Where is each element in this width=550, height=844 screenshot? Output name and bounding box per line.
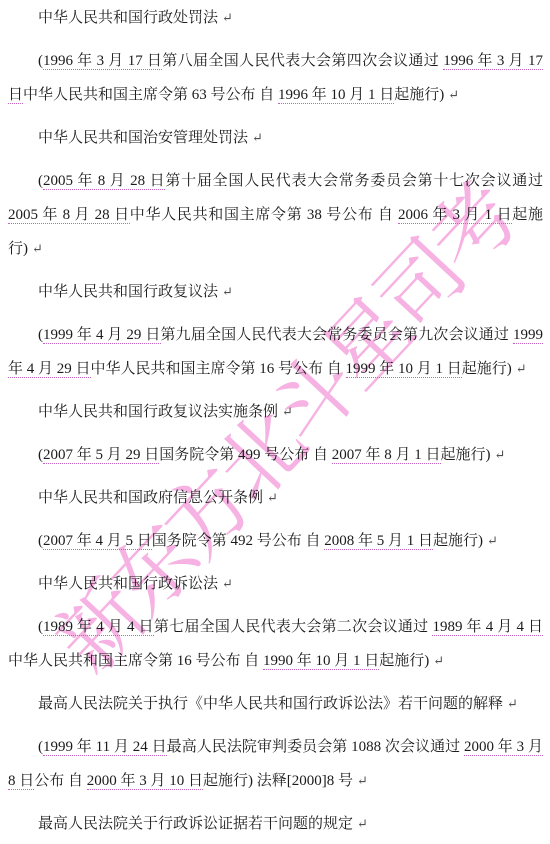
info-text: 第七届全国人民代表大会第二次会议通过	[154, 619, 433, 635]
paragraph-mark-icon: ↵	[222, 10, 233, 25]
info-text: 起施行)	[462, 361, 512, 377]
paragraph-mark-icon: ↵	[507, 696, 518, 711]
law-title-paragraph: 最高人民法院关于执行《中华人民共和国行政诉讼法》若干问题的解释↵	[8, 687, 543, 721]
law-info-paragraph: (2007 年 5 月 29 日国务院令第 499 号公布 自 2007 年 8…	[8, 438, 543, 472]
law-title-paragraph: 最高人民法院关于行政诉讼证据若干问题的规定↵	[8, 807, 543, 841]
date-underlined-text: 1996 年 10 月 1 日	[278, 87, 394, 104]
date-underlined-text: 2006 年 3 月 1 日	[398, 207, 512, 224]
law-title-paragraph: 中华人民共和国行政复议法↵	[8, 275, 543, 309]
info-text: 起施行) 法释[2000]8 号	[203, 773, 353, 789]
law-title-text: 最高人民法院关于执行《中华人民共和国行政诉讼法》若干问题的解释	[38, 696, 503, 712]
date-underlined-text: 1999 年 4 月 29 日	[43, 327, 161, 344]
law-title-paragraph: 中华人民共和国政府信息公开条例↵	[8, 481, 543, 515]
paragraph-mark-icon: ↵	[448, 87, 459, 102]
law-title-text: 中华人民共和国政府信息公开条例	[38, 490, 263, 506]
date-underlined-text: 1989 年 4 月 4 日	[432, 619, 543, 636]
law-info-paragraph: (1999 年 11 月 24 日最高人民法院审判委员会第 1088 次会议通过…	[8, 730, 543, 798]
paragraph-mark-icon: ↵	[495, 447, 506, 462]
paragraph-mark-icon: ↵	[32, 241, 43, 256]
law-title-paragraph: 中华人民共和国行政诉讼法↵	[8, 567, 543, 601]
document-content: 中华人民共和国行政处罚法↵(1996 年 3 月 17 日第八届全国人民代表大会…	[0, 0, 550, 844]
law-info-paragraph: (1999 年 4 月 29 日第九届全国人民代表大会常务委员会第九次会议通过 …	[8, 318, 543, 386]
law-title-paragraph: 中华人民共和国行政复议法实施条例↵	[8, 395, 543, 429]
info-text: 中华人民共和国主席令第 16 号公布 自	[8, 653, 263, 669]
date-underlined-text: 1989 年 4 月 4 日	[43, 619, 154, 636]
law-info-paragraph: (1996 年 3 月 17 日第八届全国人民代表大会第四次会议通过 1996 …	[8, 44, 543, 112]
date-underlined-text: 1996 年 3 月 17 日	[43, 53, 162, 70]
date-underlined-text: 2000 年 3 月 10 日	[87, 773, 203, 790]
info-text: 起施行)	[433, 533, 483, 549]
law-info-paragraph: (2007 年 4 月 5 日国务院令第 492 号公布 自 2008 年 5 …	[8, 524, 543, 558]
date-underlined-text: 2007 年 4 月 5 日	[43, 533, 152, 550]
document-page: 新东方北斗星司考 中华人民共和国行政处罚法↵(1996 年 3 月 17 日第八…	[0, 0, 550, 844]
law-title-text: 中华人民共和国行政处罚法	[38, 10, 218, 26]
paragraph-mark-icon: ↵	[267, 490, 278, 505]
info-text: 国务院令第 499 号公布 自	[159, 447, 332, 463]
date-underlined-text: 1990 年 10 月 1 日	[263, 653, 379, 670]
info-text: 起施行)	[394, 87, 444, 103]
law-title-text: 中华人民共和国治安管理处罚法	[38, 130, 248, 146]
law-title-text: 中华人民共和国行政诉讼法	[38, 576, 218, 592]
info-text: 第八届全国人民代表大会第四次会议通过	[162, 53, 443, 69]
info-text: 中华人民共和国主席令第 63 号公布 自	[23, 87, 278, 103]
paragraph-mark-icon: ↵	[357, 816, 368, 831]
info-text: 第十届全国人民代表大会常务委员会第十七次会议通过	[165, 173, 543, 189]
law-info-paragraph: (2005 年 8 月 28 日第十届全国人民代表大会常务委员会第十七次会议通过…	[8, 164, 543, 266]
paragraph-mark-icon: ↵	[433, 653, 444, 668]
date-underlined-text: 2005 年 8 月 28 日	[8, 207, 130, 224]
paragraph-mark-icon: ↵	[487, 533, 498, 548]
law-title-text: 中华人民共和国行政复议法	[38, 284, 218, 300]
info-text: 公布 自	[34, 773, 87, 789]
paragraph-mark-icon: ↵	[252, 130, 263, 145]
info-text: 国务院令第 492 号公布 自	[152, 533, 325, 549]
paragraph-mark-icon: ↵	[516, 361, 527, 376]
law-title-text: 最高人民法院关于行政诉讼证据若干问题的规定	[38, 816, 353, 832]
paragraph-mark-icon: ↵	[222, 576, 233, 591]
info-text: 最高人民法院审判委员会第 1088 次会议通过	[167, 739, 464, 755]
paragraph-mark-icon: ↵	[357, 773, 368, 788]
date-underlined-text: 1999 年 11 月 24 日	[43, 739, 167, 756]
date-underlined-text: 2007 年 5 月 29 日	[43, 447, 159, 464]
date-underlined-text: 1999 年 10 月 1 日	[346, 361, 462, 378]
info-text: 起施行)	[379, 653, 429, 669]
law-title-paragraph: 中华人民共和国行政处罚法↵	[8, 1, 543, 35]
law-title-text: 中华人民共和国行政复议法实施条例	[38, 404, 278, 420]
info-text: 中华人民共和国主席令第 38 号公布 自	[130, 207, 398, 223]
date-underlined-text: 2007 年 8 月 1 日	[332, 447, 441, 464]
paragraph-mark-icon: ↵	[282, 404, 293, 419]
info-text: 起施行)	[441, 447, 491, 463]
date-underlined-text: 2008 年 5 月 1 日	[324, 533, 433, 550]
date-underlined-text: 2005 年 8 月 28 日	[43, 173, 165, 190]
law-info-paragraph: (1989 年 4 月 4 日第七届全国人民代表大会第二次会议通过 1989 年…	[8, 610, 543, 678]
info-text: 中华人民共和国主席令第 16 号公布 自	[91, 361, 346, 377]
law-title-paragraph: 中华人民共和国治安管理处罚法↵	[8, 121, 543, 155]
paragraph-mark-icon: ↵	[222, 284, 233, 299]
info-text: 第九届全国人民代表大会常务委员会第九次会议通过	[161, 327, 513, 343]
